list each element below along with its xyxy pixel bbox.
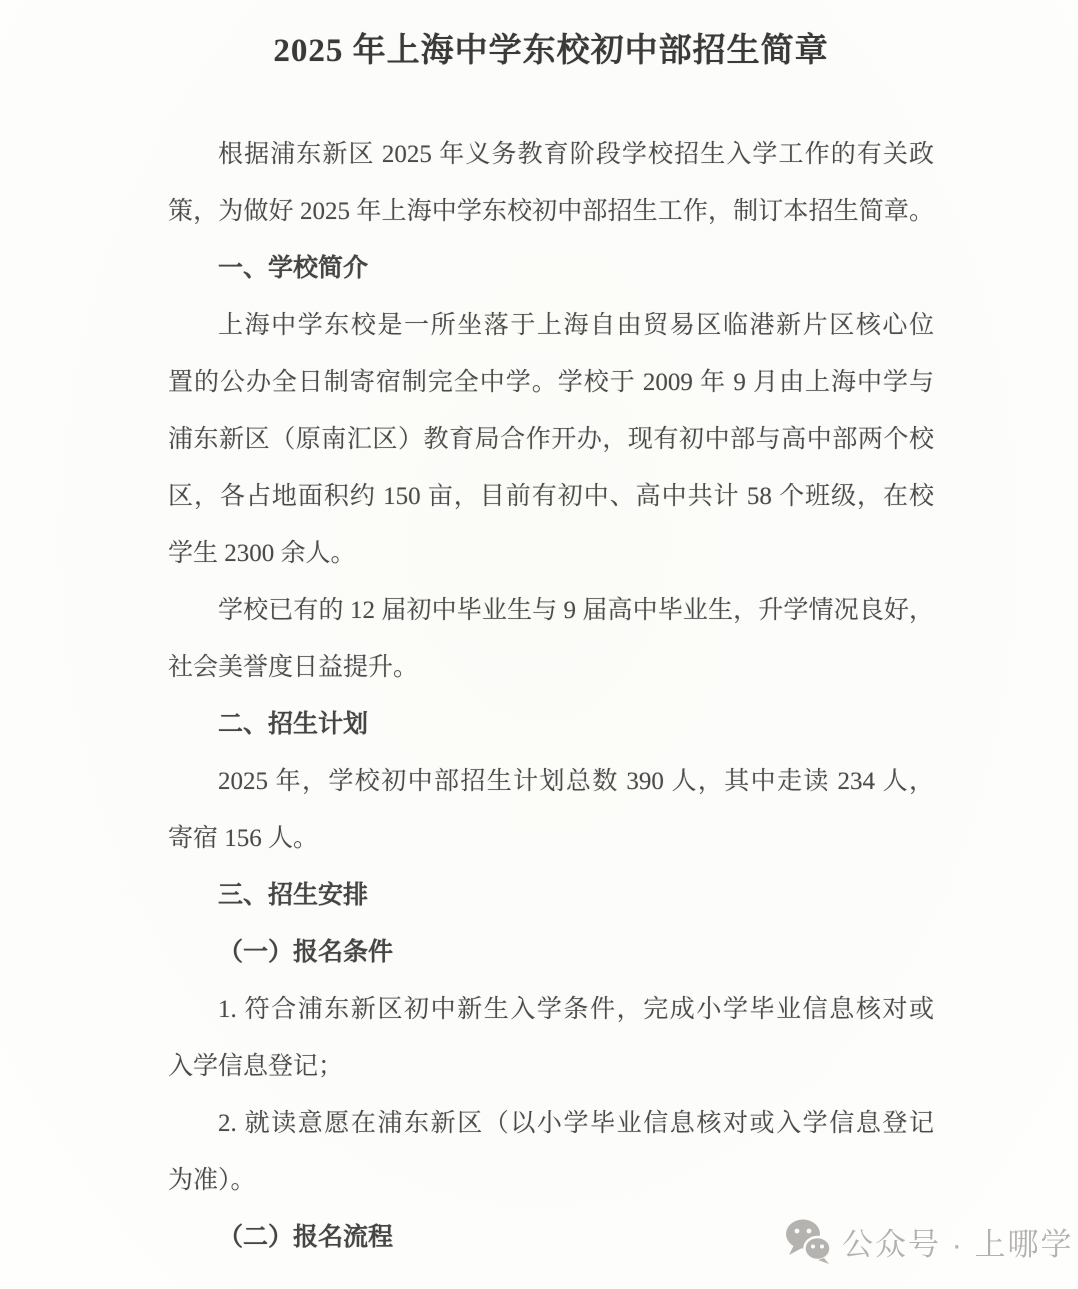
numbered-item-line: 入学信息登记； xyxy=(168,1038,934,1095)
wechat-icon xyxy=(784,1218,832,1264)
document-body: 根据浦东新区 2025 年义务教育阶段学校招生入学工作的有关政 策，为做好 20… xyxy=(168,126,934,1266)
watermark: 公众号 · 上哪学 xyxy=(784,1216,1074,1266)
intro-line: 策，为做好 2025 年上海中学东校初中部招生工作，制订本招生简章。 xyxy=(168,183,934,240)
heading-school-intro: 一、学校简介 xyxy=(168,240,934,297)
body-line: 置的公办全日制寄宿制完全中学。学校于 2009 年 9 月由上海中学与 xyxy=(168,354,934,411)
scanned-document-page: 2025 年上海中学东校初中部招生简章 根据浦东新区 2025 年义务教育阶段学… xyxy=(0,0,1078,1289)
heading-enrollment-schedule: 三、招生安排 xyxy=(168,867,934,924)
body-line: 区，各占地面积约 150 亩，目前有初中、高中共计 58 个班级，在校 xyxy=(168,468,934,525)
body-line: 上海中学东校是一所坐落于上海自由贸易区临港新片区核心位 xyxy=(168,297,934,354)
body-line: 学生 2300 余人。 xyxy=(168,525,934,582)
heading-enrollment-plan: 二、招生计划 xyxy=(168,696,934,753)
body-line: 2025 年，学校初中部招生计划总数 390 人，其中走读 234 人， xyxy=(168,753,934,810)
numbered-item-line: 2. 就读意愿在浦东新区（以小学毕业信息核对或入学信息登记 xyxy=(168,1095,934,1152)
body-line: 社会美誉度日益提升。 xyxy=(168,639,934,696)
body-line: 浦东新区（原南汇区）教育局合作开办，现有初中部与高中部两个校 xyxy=(168,411,934,468)
numbered-item-line: 1. 符合浦东新区初中新生入学条件，完成小学毕业信息核对或 xyxy=(168,981,934,1038)
numbered-item-line: 为准）。 xyxy=(168,1152,934,1209)
subheading-application-conditions: （一）报名条件 xyxy=(168,924,934,981)
body-line: 寄宿 156 人。 xyxy=(168,810,934,867)
body-line: 学校已有的 12 届初中毕业生与 9 届高中毕业生，升学情况良好， xyxy=(168,582,934,639)
document-title: 2025 年上海中学东校初中部招生简章 xyxy=(168,22,934,80)
watermark-label: 公众号 · 上哪学 xyxy=(842,1219,1074,1264)
intro-line: 根据浦东新区 2025 年义务教育阶段学校招生入学工作的有关政 xyxy=(168,126,934,183)
